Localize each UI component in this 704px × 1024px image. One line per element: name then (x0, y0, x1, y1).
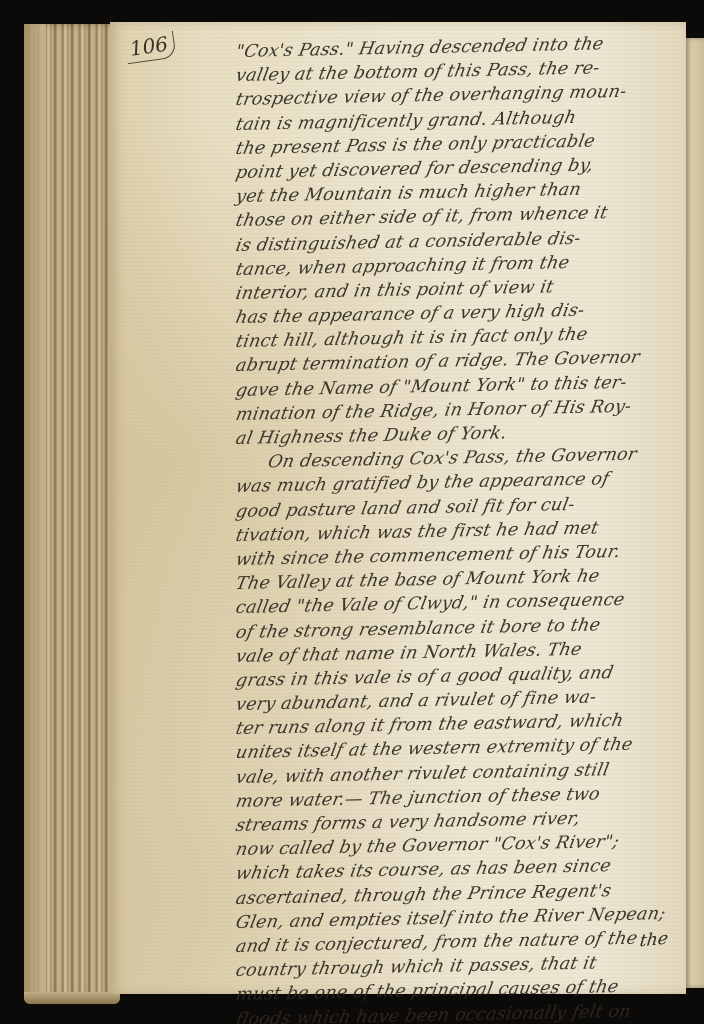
manuscript-scan: 106 "Cox's Pass." Having descended into … (0, 0, 704, 1024)
page-edges-stack (24, 24, 120, 996)
catchword: the (639, 929, 669, 952)
handwritten-text-block: "Cox's Pass." Having descended into the … (236, 40, 686, 1024)
